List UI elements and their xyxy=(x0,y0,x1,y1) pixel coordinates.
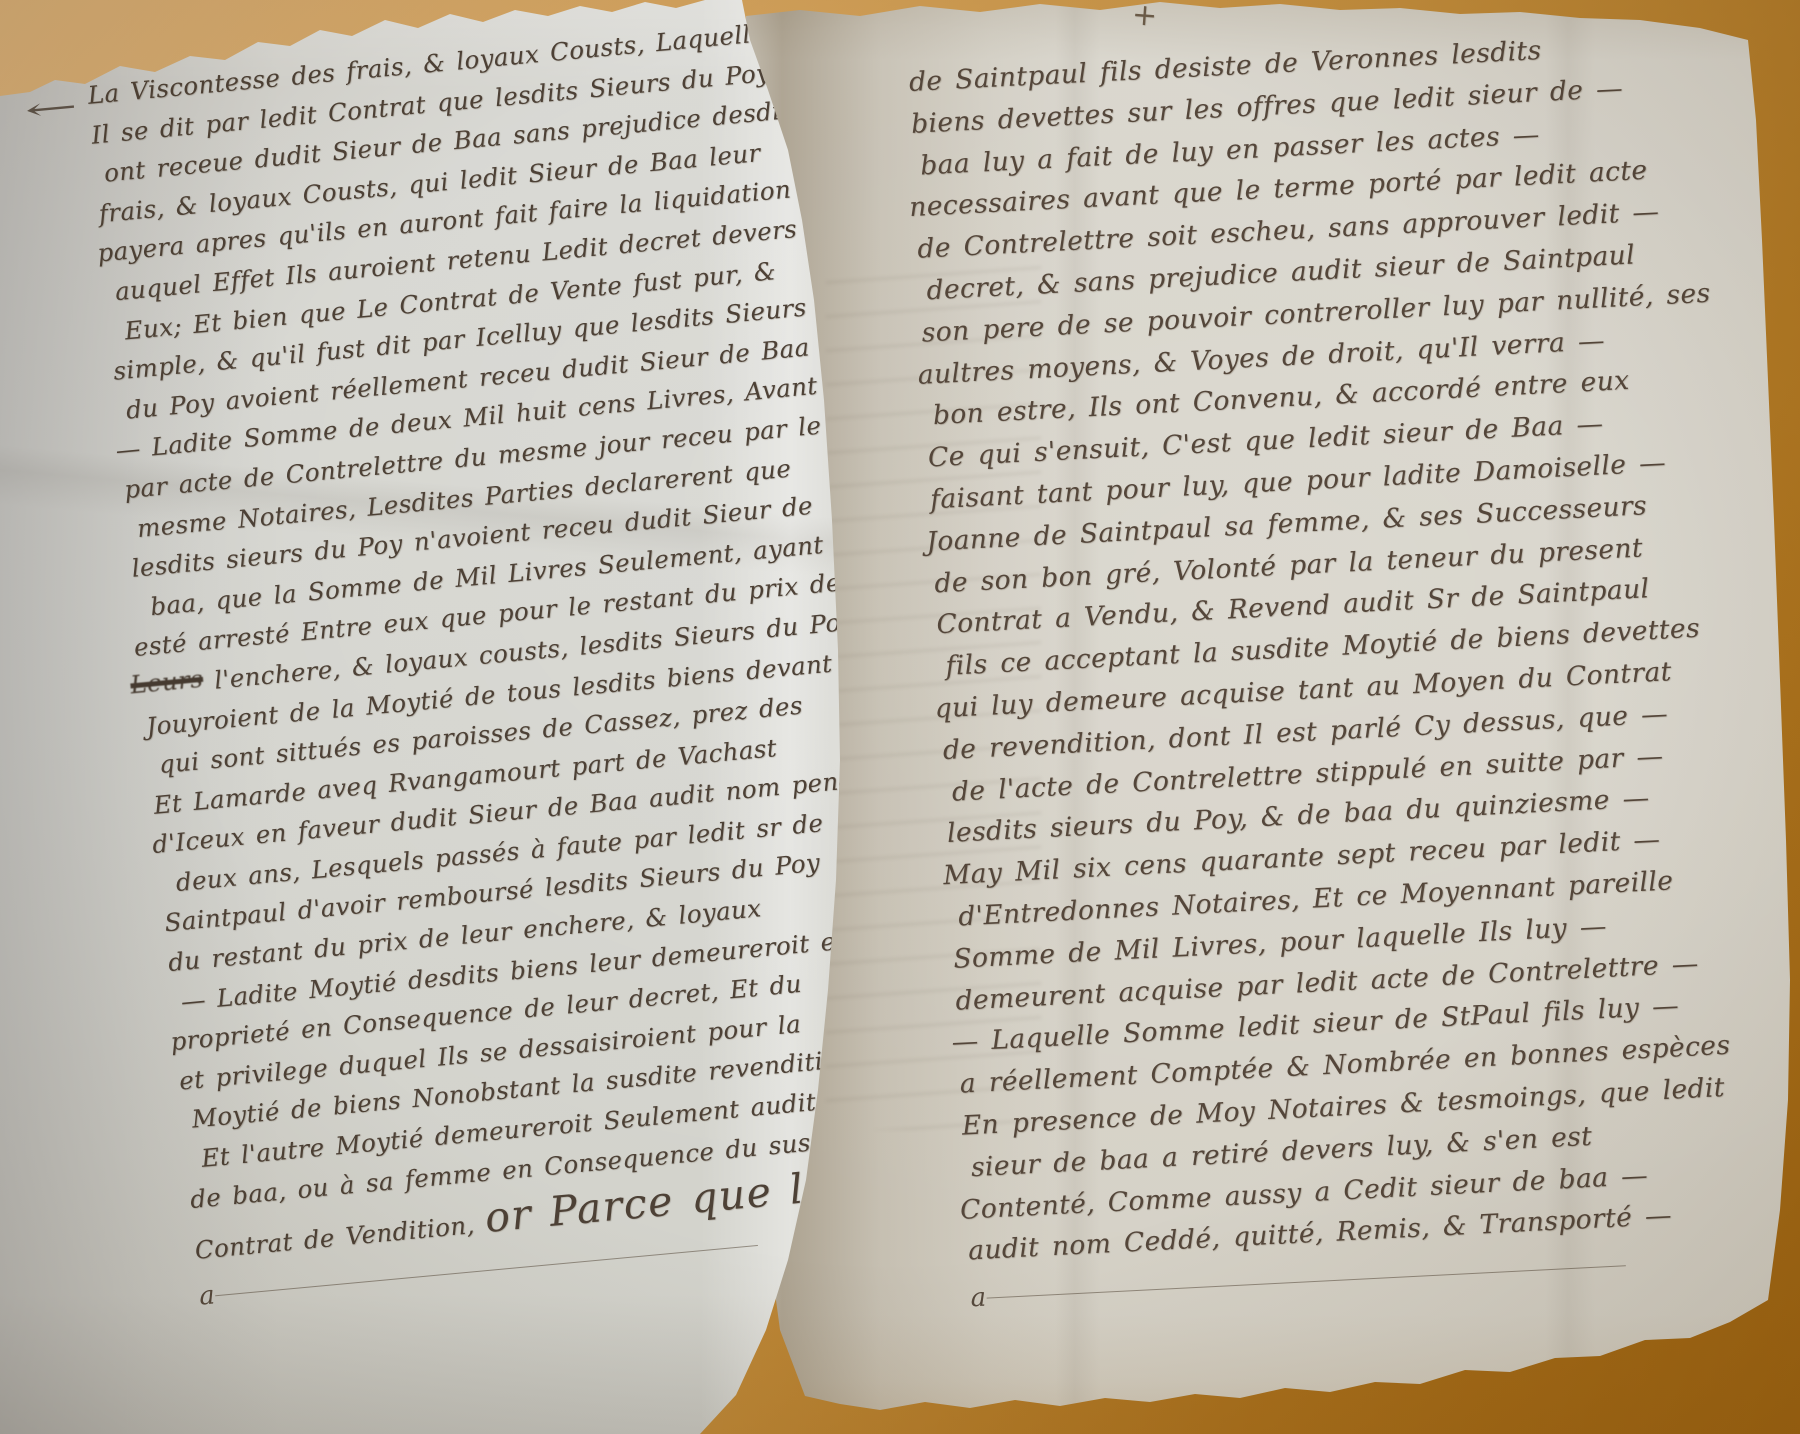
rule-prefix-letter: a xyxy=(198,1286,216,1307)
manuscript-photo: + de Saintpaul fils desiste de Veronnes … xyxy=(0,0,1800,1434)
rule-prefix-letter: a xyxy=(970,1288,987,1309)
right-page-lines: de Saintpaul fils desiste de Veronnes le… xyxy=(908,16,1800,1272)
right-page-text: de Saintpaul fils desiste de Veronnes le… xyxy=(908,16,1800,1308)
rule-line xyxy=(986,1264,1625,1298)
paraph-flourish-icon: ← xyxy=(23,89,80,129)
cross-mark-icon: + xyxy=(1131,0,1159,34)
final-line-normal: Contrat de Vendition, xyxy=(194,1209,487,1265)
cross-mark-icon: + xyxy=(260,2,290,40)
